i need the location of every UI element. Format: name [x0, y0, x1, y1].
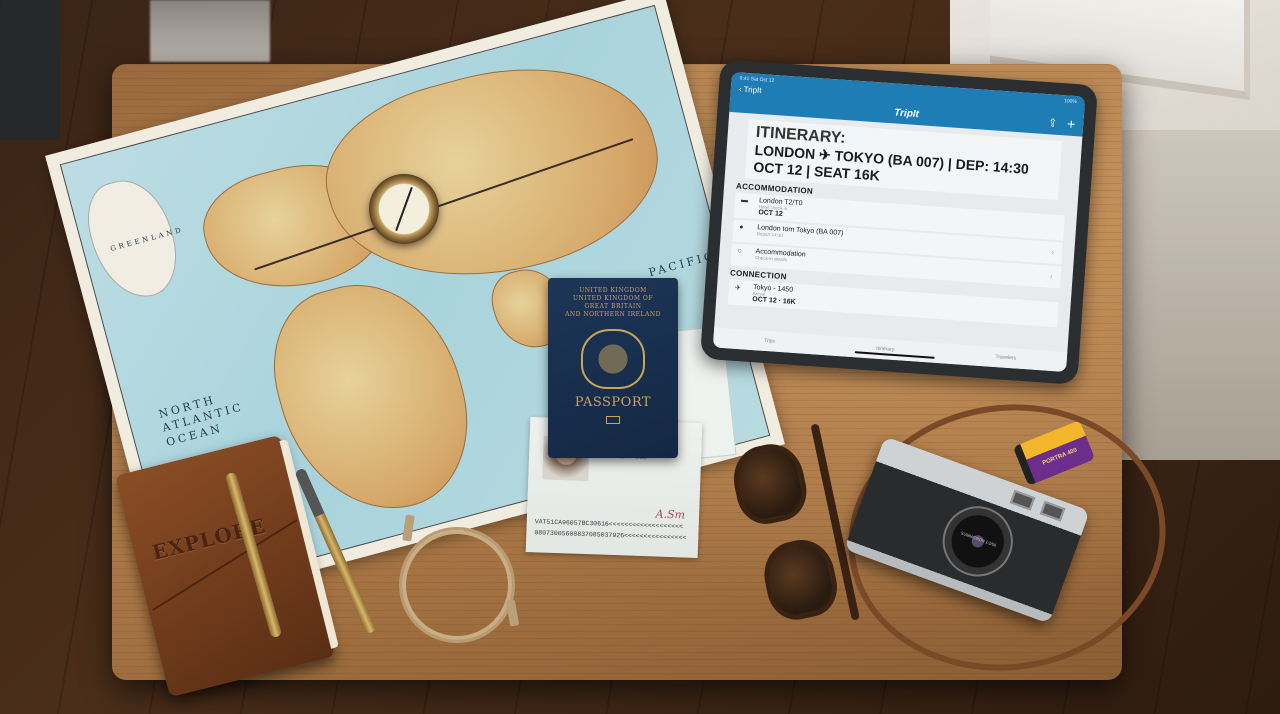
tablet-screen: 9:41 Sat Oct 12 100% ‹ TripIt TripIt ⇪ +…	[713, 72, 1085, 372]
north-atlantic-label: NORTH ATLANTIC OCEAN	[157, 385, 255, 450]
film-label: PORTRA 400	[1042, 447, 1078, 466]
passport-title: PASSPORT	[548, 395, 678, 410]
share-icon[interactable]: ⇪	[1048, 116, 1058, 130]
passport-header-line: AND NORTHERN IRELAND	[548, 311, 678, 319]
status-time: 9:41 Sat Oct 12	[739, 76, 774, 84]
charging-cable	[402, 530, 512, 640]
passport-header-line: UNITED KINGDOM	[548, 287, 678, 295]
back-label: TripIt	[743, 85, 762, 95]
royal-crest-icon	[581, 329, 645, 389]
bed-icon: ▬	[741, 197, 748, 204]
lens-engraving: SUMMICRON 1:2/50	[947, 525, 1011, 552]
sill-side	[1100, 130, 1280, 460]
status-battery: 100%	[1064, 98, 1077, 105]
wall-corner	[0, 0, 60, 140]
passport-header-line: UNITED KINGDOM OF	[548, 295, 678, 303]
itinerary-content: ITINERARY: LONDON ✈ TOKYO (BA 007) | DEP…	[715, 112, 1082, 336]
background-box	[150, 0, 270, 62]
tab-trips[interactable]: Trips	[764, 338, 775, 345]
camera-viewfinder	[1010, 490, 1035, 511]
passport-header-line: GREAT BRITAIN	[548, 303, 678, 311]
compass-needle	[395, 187, 413, 231]
tablet-device: 9:41 Sat Oct 12 100% ‹ TripIt TripIt ⇪ +…	[700, 59, 1098, 385]
sunglasses-lens	[727, 438, 812, 529]
timeline-dot-icon: ○	[737, 248, 742, 255]
passport-signature: A.Sm	[655, 507, 685, 521]
plus-icon[interactable]: +	[1067, 116, 1076, 133]
camera-rangefinder-window	[1040, 501, 1065, 522]
passport-mrz: VAT51CA96057BC30616<<<<<<<<<<<<<<<<<<< 0…	[534, 516, 691, 543]
compass	[369, 174, 439, 244]
biometric-chip-icon	[606, 416, 620, 424]
tab-itinerary[interactable]: Itinerary	[876, 346, 894, 353]
camera-lens: SUMMICRON 1:2/50	[933, 497, 1023, 587]
sunglasses-lens	[758, 534, 843, 625]
timeline-dot-icon: ●	[739, 224, 744, 231]
chevron-right-icon: ›	[1050, 272, 1053, 281]
chevron-right-icon: ›	[1051, 248, 1054, 257]
back-button[interactable]: ‹ TripIt	[739, 85, 762, 96]
tab-travelers[interactable]: Travelers	[995, 354, 1016, 361]
passport-header: UNITED KINGDOM UNITED KINGDOM OF GREAT B…	[548, 287, 678, 319]
plane-icon: ✈	[735, 284, 741, 292]
passport-cover: UNITED KINGDOM UNITED KINGDOM OF GREAT B…	[548, 278, 678, 458]
asia-landmass	[308, 34, 679, 313]
